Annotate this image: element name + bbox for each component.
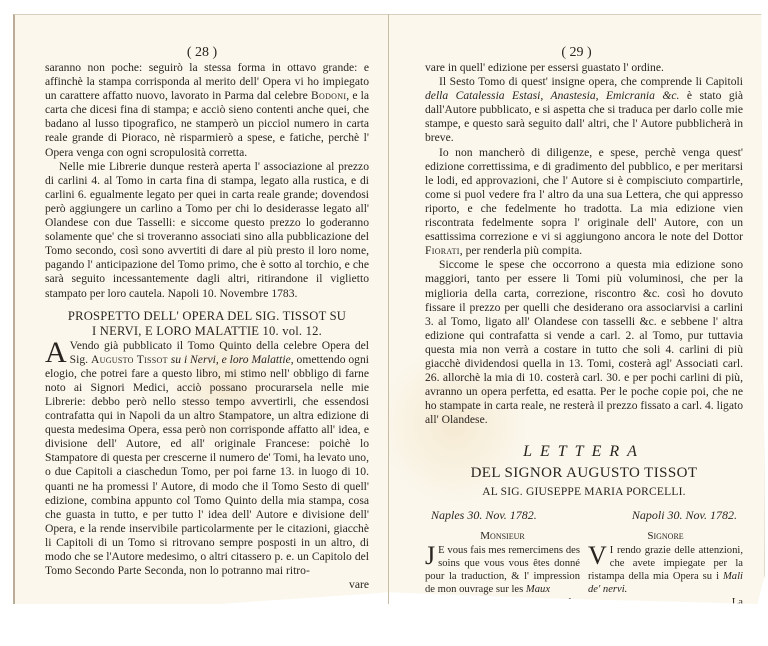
paragraph: vare in quell' edizione per essersi guas…	[425, 61, 743, 75]
left-page-body: saranno non poche: seguirò la stessa for…	[45, 61, 369, 592]
salutation: Signore	[588, 530, 743, 543]
drop-cap: J	[425, 545, 435, 567]
page-number: ( 28 )	[15, 45, 389, 61]
letter-dates: Naples 30. Nov. 1782. Napoli 30. Nov. 17…	[425, 508, 743, 522]
printer-name: Bodoni	[311, 89, 346, 102]
left-page: ( 28 ) saranno non poche: seguirò la ste…	[13, 14, 389, 604]
paragraph: Io non mancherò di diligenze, e spese, p…	[425, 146, 743, 259]
catchword: vare	[45, 578, 369, 592]
parallel-columns: Monsieur JE vous fais mes remercimens de…	[425, 530, 743, 609]
letter-recipient: AL SIG. GIUSEPPE MARIA PORCELLI.	[425, 485, 743, 499]
paragraph: saranno non poche: seguirò la stessa for…	[45, 61, 369, 160]
prospetto-paragraph: AVendo già pubblicato il Tomo Quinto del…	[45, 339, 369, 579]
french-column: Monsieur JE vous fais mes remercimens de…	[425, 530, 580, 609]
drop-cap: A	[45, 340, 67, 366]
paragraph: Siccome le spese che occorrono a questa …	[425, 258, 743, 427]
right-page: ( 29 ) vare in quell' edizione per esser…	[389, 14, 765, 604]
letter-author: DEL SIGNOR AUGUSTO TISSOT	[425, 466, 743, 480]
book-spine	[388, 14, 389, 604]
date-french: Naples 30. Nov. 1782.	[431, 508, 537, 522]
paragraph: Il Sesto Tomo di quest' insigne opera, c…	[425, 75, 743, 145]
drop-cap: V	[588, 545, 607, 567]
salutation: Monsieur	[425, 530, 580, 543]
right-page-body: vare in quell' edizione per essersi guas…	[425, 61, 743, 609]
book-spread: ( 28 ) saranno non poche: seguirò la ste…	[13, 14, 765, 604]
letter-title: LETTERA	[425, 445, 743, 459]
italian-column: Signore VI rendo grazie delle attenzioni…	[588, 530, 743, 609]
date-italian: Napoli 30. Nov. 1782.	[632, 508, 737, 522]
paragraph: Nelle mie Librerie dunque resterà aperta…	[45, 160, 369, 301]
prospetto-heading: PROSPETTO DELL' OPERA DEL SIG. TISSOT SU…	[45, 309, 369, 339]
page-number: ( 29 )	[389, 45, 764, 61]
catchword: La	[588, 596, 743, 609]
catchword: des	[425, 596, 580, 609]
